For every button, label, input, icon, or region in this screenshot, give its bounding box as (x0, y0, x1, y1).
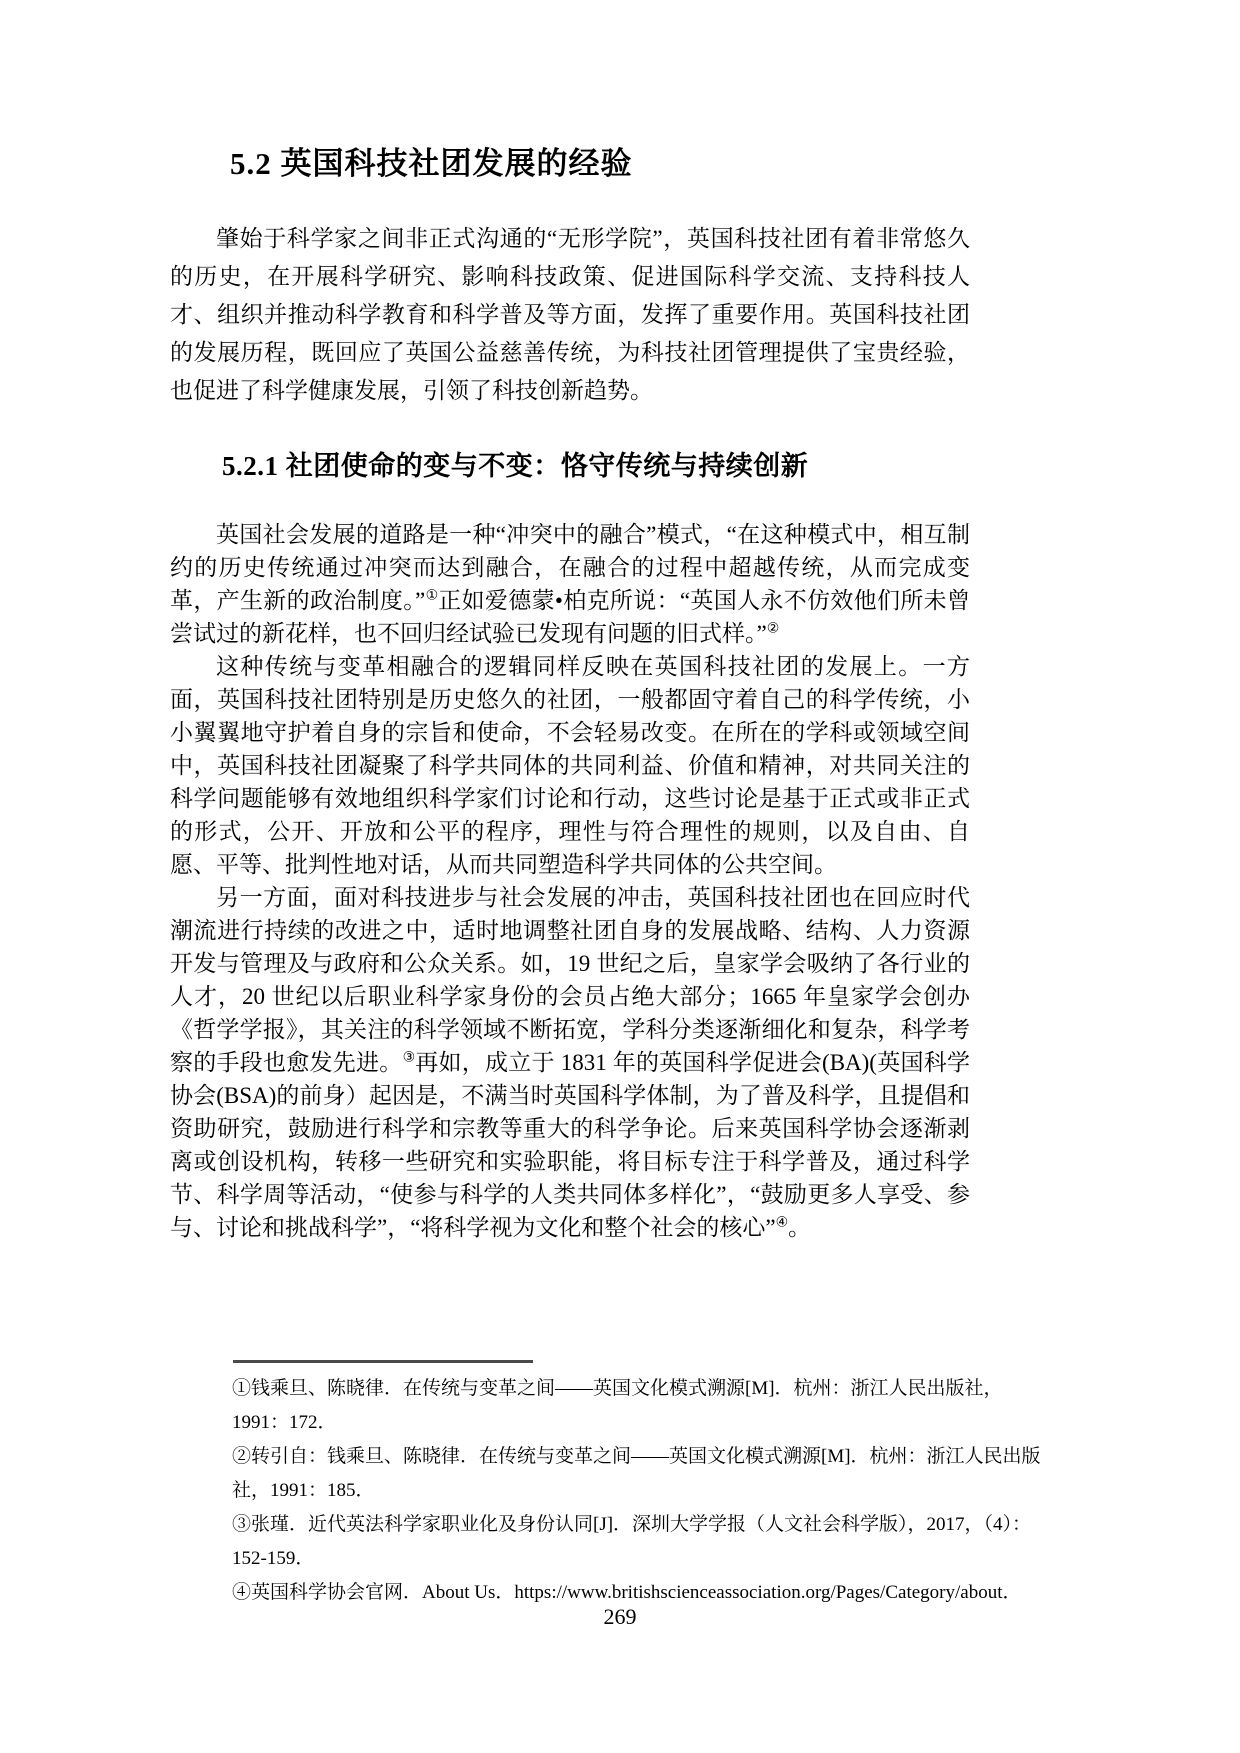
text-run: 。 (788, 1215, 811, 1240)
footnote-list: ①钱乘旦、陈晓律．在传统与变革之间——英国文化模式溯源[M]．杭州：浙江人民出版… (232, 1372, 1052, 1610)
body-text-block: 英国社会发展的道路是一种“冲突中的融合”模式，“在这种模式中，相互制约的历史传统… (170, 518, 970, 1244)
paragraph: 这种传统与变革相融合的逻辑同样反映在英国科技社团的发展上。一方面，英国科技社团特… (170, 650, 970, 881)
subsection-title: 5.2.1 社团使命的变与不变：恪守传统与持续创新 (222, 444, 808, 483)
footnote-item: ③张瑾．近代英法科学家职业化及身份认同[J]．深圳大学学报（人文社会科学版），2… (232, 1508, 1052, 1576)
paragraph: 英国社会发展的道路是一种“冲突中的融合”模式，“在这种模式中，相互制约的历史传统… (170, 518, 970, 650)
page-number: 269 (0, 1604, 1240, 1630)
text-run: 另一方面，面对科技进步与社会发展的冲击，英国科技社团也在回应时代潮流进行持续的改… (170, 885, 970, 1075)
section-title: 5.2 英国科技社团发展的经验 (230, 138, 633, 183)
footnote-reference: ③ (403, 1049, 416, 1064)
footnote-separator-rule (233, 1360, 533, 1363)
text-run: 这种传统与变革相融合的逻辑同样反映在英国科技社团的发展上。一方面，英国科技社团特… (170, 654, 970, 877)
text-run: 再如，成立于 1831 年的英国科学促进会(BA)(英国科学协会(BSA)的前身… (170, 1050, 970, 1240)
footnote-reference: ② (767, 620, 779, 635)
footnote-reference: ④ (776, 1214, 788, 1229)
text-run: 肇始于科学家之间非正式沟通的“无形学院”，英国科技社团有着非常悠久的历史，在开展… (170, 226, 970, 403)
paragraph: 肇始于科学家之间非正式沟通的“无形学院”，英国科技社团有着非常悠久的历史，在开展… (170, 220, 970, 410)
document-page: 5.2 英国科技社团发展的经验 肇始于科学家之间非正式沟通的“无形学院”，英国科… (0, 0, 1240, 1753)
paragraph: 另一方面，面对科技进步与社会发展的冲击，英国科技社团也在回应时代潮流进行持续的改… (170, 881, 970, 1244)
footnote-reference: ① (425, 587, 438, 602)
footnote-item: ②转引自：钱乘旦、陈晓律．在传统与变革之间——英国文化模式溯源[M]．杭州：浙江… (232, 1440, 1052, 1508)
intro-paragraph-block: 肇始于科学家之间非正式沟通的“无形学院”，英国科技社团有着非常悠久的历史，在开展… (170, 220, 970, 410)
footnote-item: ①钱乘旦、陈晓律．在传统与变革之间——英国文化模式溯源[M]．杭州：浙江人民出版… (232, 1372, 1052, 1440)
